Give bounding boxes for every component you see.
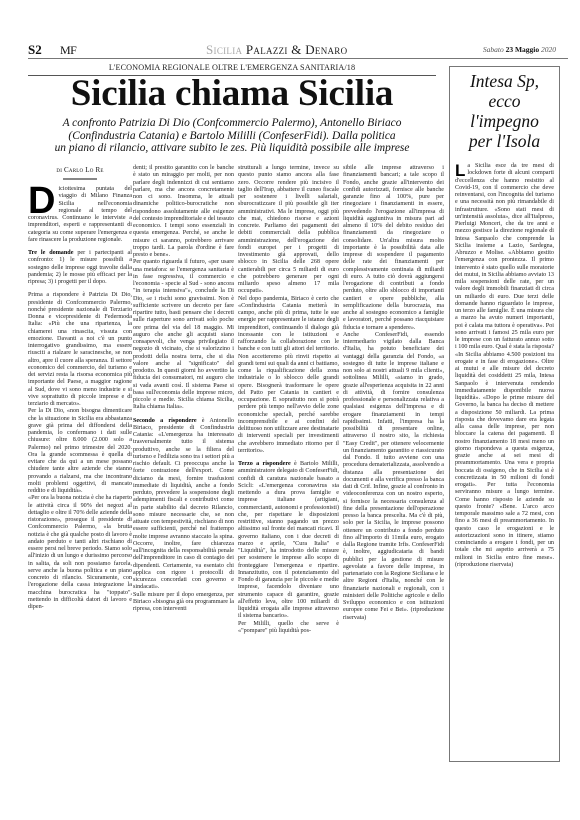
sidebar-title-line: per l'Isola bbox=[450, 131, 559, 151]
byline-divider bbox=[63, 178, 97, 180]
drop-cap: L bbox=[455, 164, 465, 177]
paragraph-lead: Terzo a rispondere bbox=[238, 461, 291, 467]
sidebar-title-line: Intesa Sp, bbox=[450, 71, 559, 91]
sidebar-title-line: l'impegno bbox=[450, 111, 559, 131]
paragraph: Diciottesima puntata del viaggio di Mila… bbox=[28, 186, 132, 244]
sidebar-body: La Sicilia esce da tre mesi di lockdown … bbox=[455, 163, 554, 569]
section-title: Sicilia Palazzi & Denaro bbox=[206, 42, 347, 58]
subhead-line: (Confindustria Catania) e Bartolo Milill… bbox=[28, 130, 436, 143]
paragraph: Secondo a rispondere è Antonello Biriaco… bbox=[133, 418, 234, 592]
article-subhead: A confronto Patrizia Di Dio (Confcommerc… bbox=[28, 117, 436, 155]
date-day: Sabato bbox=[483, 45, 504, 54]
masthead: S2 MF Sicilia Palazzi & Denaro Sabato 23… bbox=[28, 42, 568, 59]
sidebar-box: Intesa Sp, ecco l'impegno per l'Isola La… bbox=[449, 66, 560, 762]
article-headline: Sicilia chiama Sicilia bbox=[28, 74, 436, 114]
paragraph: Sulle misure per il dopo emergenza, per … bbox=[133, 592, 234, 614]
byline: di Carlo Lo Re bbox=[28, 166, 132, 174]
paragraph: Per la Di Dio, «non bisogna dimenticare … bbox=[28, 408, 132, 495]
paragraph-lead: Tre le domande bbox=[28, 250, 73, 256]
issue-date: Sabato 23 Maggio 2020 bbox=[483, 45, 556, 54]
newspaper-page: S2 MF Sicilia Palazzi & Denaro Sabato 23… bbox=[0, 0, 580, 820]
sidebar-title: Intesa Sp, ecco l'impegno per l'Isola bbox=[450, 71, 559, 151]
subhead-line: A confronto Patrizia Di Dio (Confcommerc… bbox=[28, 117, 436, 130]
date-main: 23 Maggio bbox=[506, 45, 540, 54]
paragraph: strutturali a lungo termine, invece su q… bbox=[238, 165, 339, 296]
subhead-line: un piano di rilancio, attivare subito le… bbox=[28, 142, 436, 155]
paragraph: Prima a rispondere è Patrizia Di Dio, pr… bbox=[28, 292, 132, 408]
paragraph: Per Mililli, quello che serve è «"pompar… bbox=[238, 621, 339, 636]
page-number: S2 bbox=[28, 42, 42, 58]
article-column-3: strutturali a lungo termine, invece su q… bbox=[238, 165, 339, 635]
drop-cap: D bbox=[28, 187, 55, 215]
paragraph: sibile alle imprese attraverso i finanzi… bbox=[343, 165, 444, 332]
publication-logo: MF bbox=[60, 43, 76, 58]
sidebar-title-line: ecco bbox=[450, 91, 559, 111]
section-prefix: Sicilia bbox=[206, 42, 242, 57]
paragraph-text: a Sicilia esce da tre mesi di lockdown f… bbox=[455, 163, 554, 568]
paragraph-lead: Secondo a rispondere bbox=[133, 418, 197, 424]
paragraph: «Per ora la buona notizia è che ha riape… bbox=[28, 495, 132, 611]
paragraph: Terzo a rispondere è Bartolo Mililli, am… bbox=[238, 461, 339, 621]
date-year: 2020 bbox=[541, 45, 556, 54]
article-column-4: sibile alle imprese attraverso i finanzi… bbox=[343, 165, 444, 622]
paragraph: Tre le domande per i partecipanti al con… bbox=[28, 250, 132, 286]
paragraph: Nel dopo pandemia, Biriaco è certo che «… bbox=[238, 296, 339, 456]
paragraph: Anche ConfeserFidi, essendo intermediari… bbox=[343, 332, 444, 622]
paragraph: Per quanto riguarda il futuro, «per usar… bbox=[133, 259, 234, 411]
paragraph: denti; il prestito garantito con le banc… bbox=[133, 165, 234, 259]
article-column-2: denti; il prestito garantito con le banc… bbox=[133, 165, 234, 613]
paragraph-text: è Bartolo Mililli, amministratore delega… bbox=[238, 461, 339, 619]
paragraph-text: è Antonello Biriaco, presidente di Confi… bbox=[133, 418, 234, 591]
article-column-1: Diciottesima puntata del viaggio di Mila… bbox=[28, 186, 132, 611]
section-name: Palazzi & Denaro bbox=[246, 42, 348, 57]
paragraph: La Sicilia esce da tre mesi di lockdown … bbox=[455, 163, 554, 569]
